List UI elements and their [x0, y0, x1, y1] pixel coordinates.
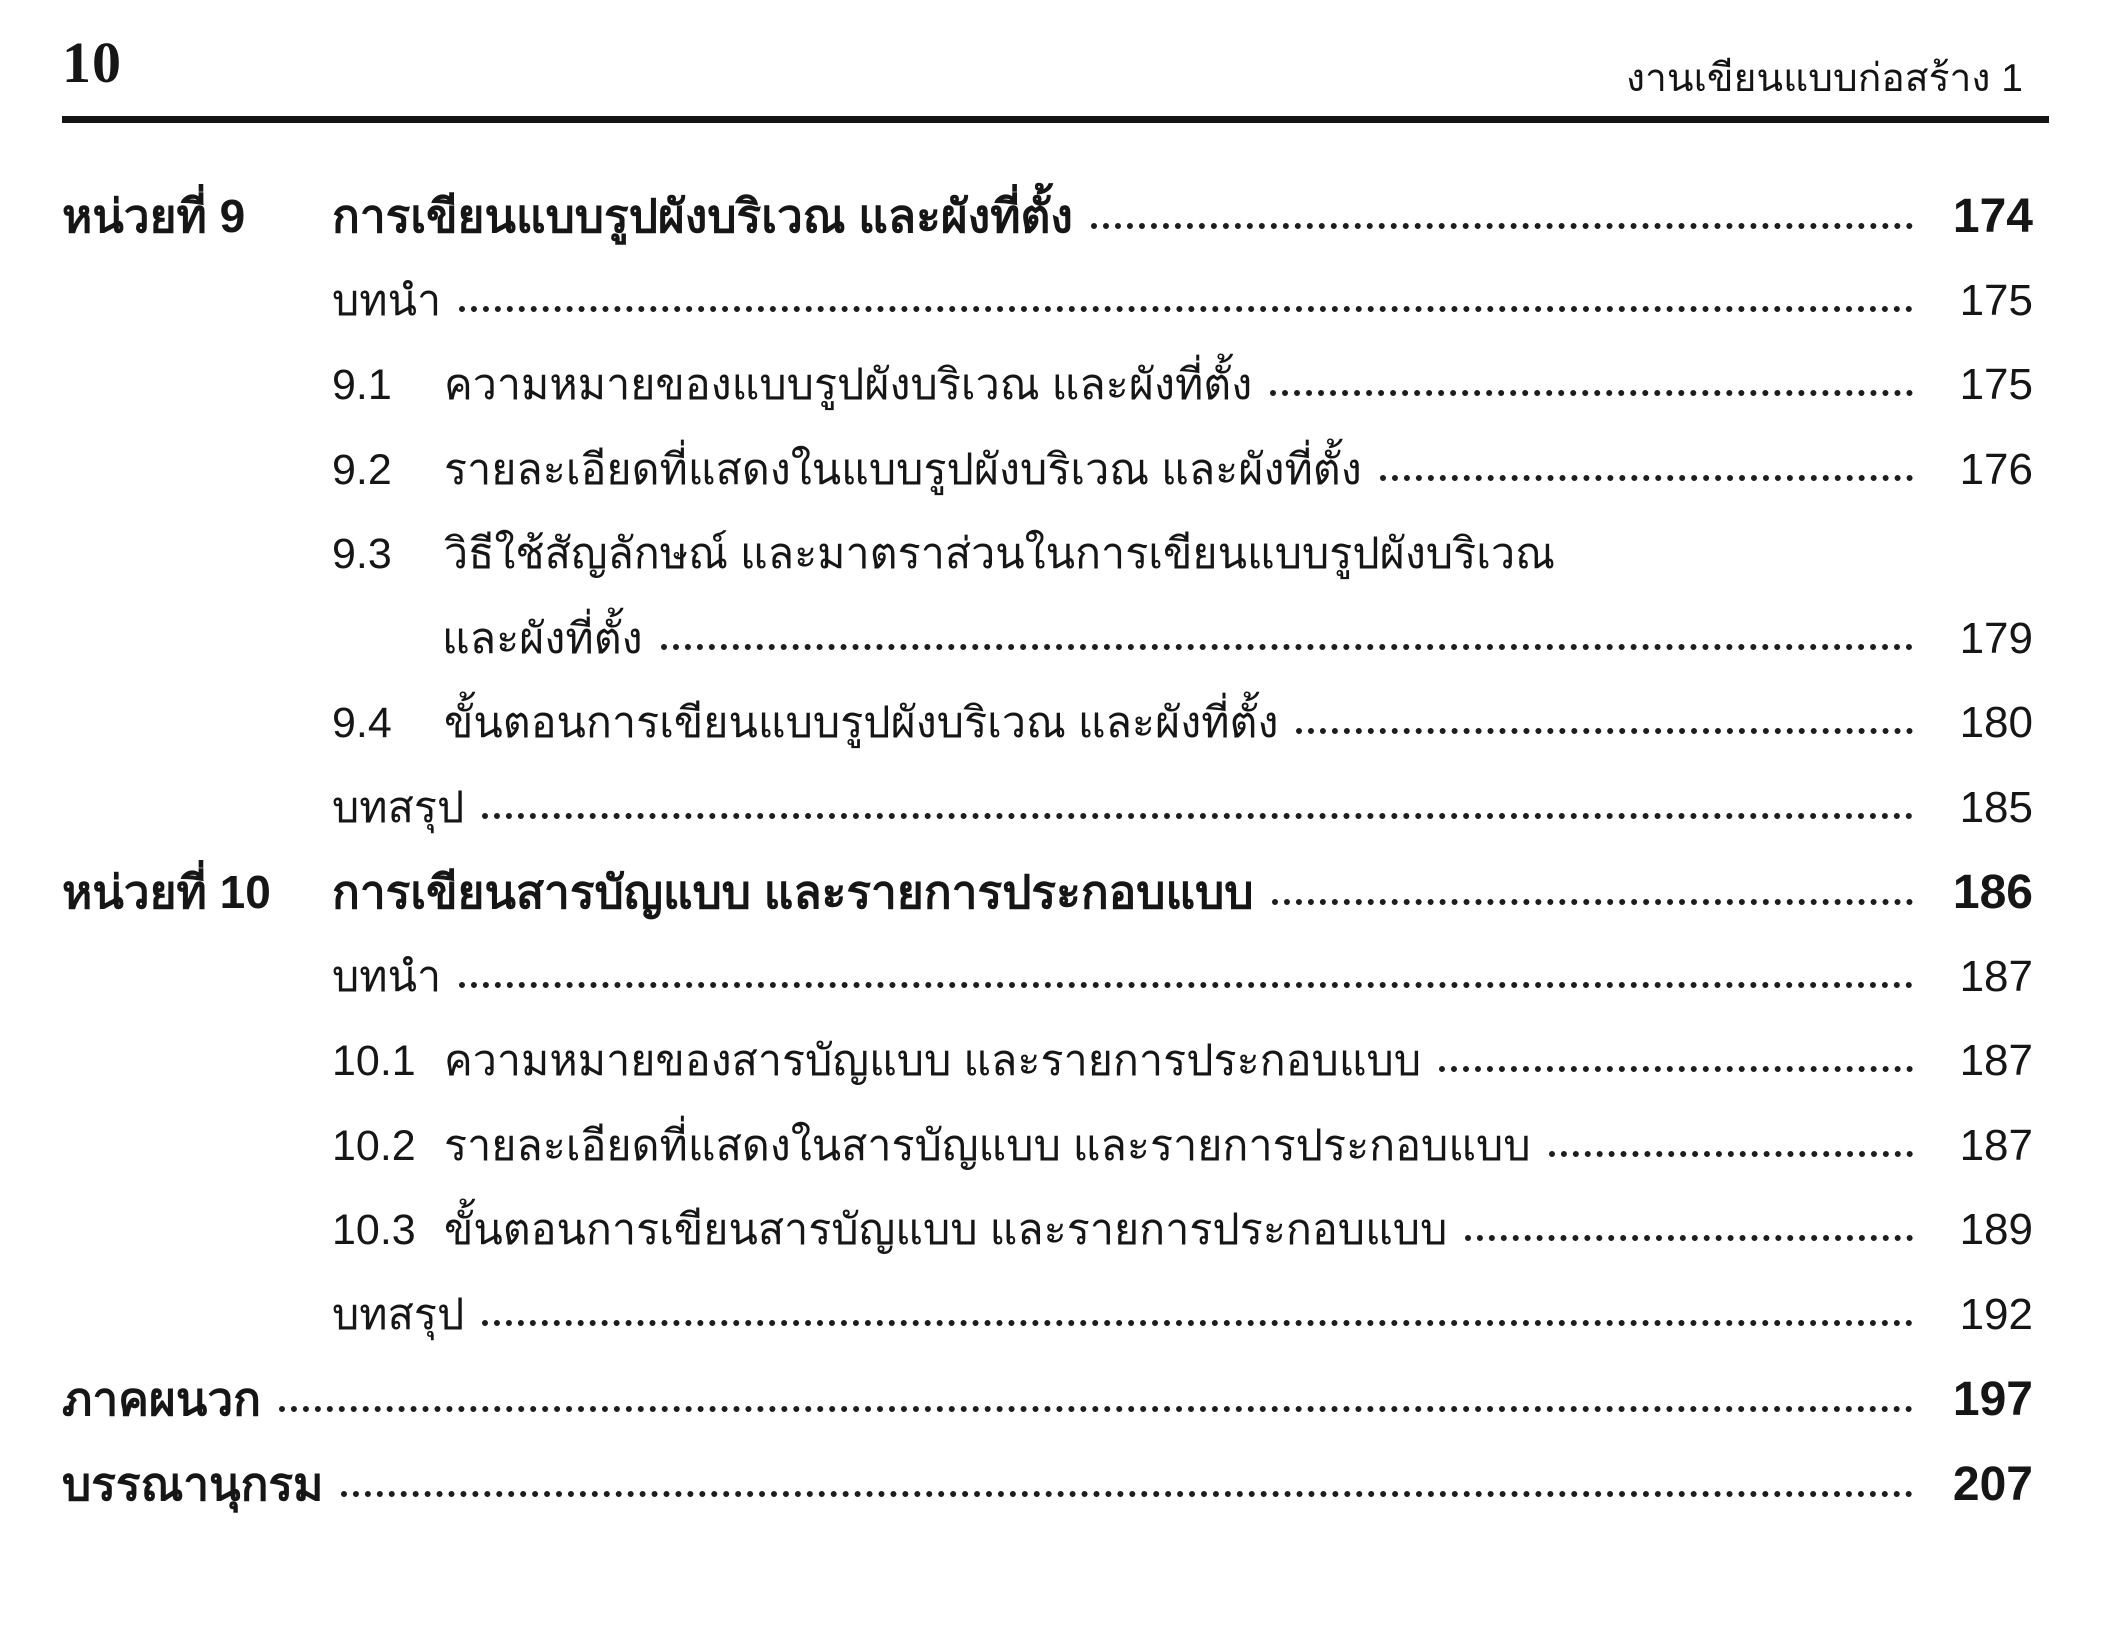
header-rule: [62, 116, 2049, 123]
toc-entry-intro-10: บทนำ 187: [62, 935, 2033, 1020]
dot-leader: [1439, 1066, 1913, 1072]
dot-leader: [1296, 728, 1913, 734]
toc-entry-title: บทสรุป: [332, 766, 464, 851]
toc-entry-page: 179: [1933, 597, 2033, 682]
toc-entry-9-3-line1: 9.3 วิธีใช้สัญลักษณ์ และมาตราส่วนในการเข…: [62, 512, 2033, 597]
toc-entry-number: 10.2: [332, 1104, 444, 1189]
dot-leader: [482, 1320, 1913, 1326]
toc-entry-unit-9: หน่วยที่ 9 การเขียนแบบรูปผังบริเวณ และผั…: [62, 174, 2033, 259]
toc-entry-intro-9: บทนำ 175: [62, 259, 2033, 344]
toc-entry-10-1: 10.1 ความหมายของสารบัญแบบ และรายการประกอ…: [62, 1019, 2033, 1104]
toc-unit-label: หน่วยที่ 9: [62, 174, 332, 259]
toc-entry-page: 187: [1933, 935, 2033, 1020]
toc-entry-title: รายละเอียดที่แสดงในแบบรูปผังบริเวณ และผั…: [444, 428, 1362, 513]
dot-leader: [1380, 475, 1913, 481]
toc-entry-title: การเขียนแบบรูปผังบริเวณ และผังที่ตั้ง: [332, 174, 1073, 259]
dot-leader: [1270, 390, 1913, 396]
dot-leader: [1549, 1151, 1913, 1157]
toc-entry-page: 197: [1933, 1358, 2033, 1443]
toc-entry-number: 10.1: [332, 1019, 444, 1104]
toc-entry-page: 175: [1933, 259, 2033, 344]
toc-entry-title: บทนำ: [332, 259, 441, 344]
toc-entry-unit-10: หน่วยที่ 10 การเขียนสารบัญแบบ และรายการป…: [62, 850, 2033, 935]
toc-entry-page: 207: [1933, 1443, 2033, 1528]
toc-entry-page: 187: [1933, 1019, 2033, 1104]
toc-entry-page: 180: [1933, 681, 2033, 766]
toc-entry-page: 187: [1933, 1104, 2033, 1189]
toc-entry-page: 192: [1933, 1273, 2033, 1358]
toc-entry-title: ขั้นตอนการเขียนสารบัญแบบ และรายการประกอบ…: [444, 1188, 1447, 1273]
toc-entry-title: ขั้นตอนการเขียนแบบรูปผังบริเวณ และผังที่…: [444, 681, 1278, 766]
toc-entry-9-4: 9.4 ขั้นตอนการเขียนแบบรูปผังบริเวณ และผั…: [62, 681, 2033, 766]
toc-entry-number: 9.4: [332, 681, 444, 766]
toc-entry-number: 9.3: [332, 512, 444, 597]
toc-entry-number: 9.1: [332, 343, 444, 428]
toc-entry-title: ภาคผนวก: [62, 1357, 261, 1442]
toc-entry-appendix: ภาคผนวก 197: [62, 1357, 2033, 1442]
toc-entry-title: ความหมายของแบบรูปผังบริเวณ และผังที่ตั้ง: [444, 343, 1252, 428]
dot-leader: [459, 306, 1913, 312]
toc-entry-page: 189: [1933, 1188, 2033, 1273]
toc-entry-number: 9.2: [332, 428, 444, 513]
dot-leader: [279, 1406, 1913, 1412]
toc-entry-title: บรรณานุกรม: [62, 1442, 323, 1527]
dot-leader: [1272, 899, 1913, 905]
table-of-contents: หน่วยที่ 9 การเขียนแบบรูปผังบริเวณ และผั…: [62, 174, 2033, 1526]
toc-entry-summary-9: บทสรุป 185: [62, 766, 2033, 851]
toc-entry-10-3: 10.3 ขั้นตอนการเขียนสารบัญแบบ และรายการป…: [62, 1188, 2033, 1273]
toc-entry-number: 10.3: [332, 1188, 444, 1273]
toc-entry-page: 185: [1933, 766, 2033, 851]
toc-entry-9-3-line2: และผังที่ตั้ง 179: [62, 597, 2033, 682]
toc-entry-9-1: 9.1 ความหมายของแบบรูปผังบริเวณ และผังที่…: [62, 343, 2033, 428]
toc-entry-title: ความหมายของสารบัญแบบ และรายการประกอบแบบ: [444, 1019, 1421, 1104]
toc-entry-page: 186: [1933, 851, 2033, 936]
running-header: งานเขียนแบบก่อสร้าง 1: [1626, 56, 2023, 103]
dot-leader: [1465, 1235, 1913, 1241]
dot-leader: [341, 1491, 1913, 1497]
toc-entry-page: 174: [1933, 175, 2033, 260]
toc-entry-10-2: 10.2 รายละเอียดที่แสดงในสารบัญแบบ และราย…: [62, 1104, 2033, 1189]
toc-entry-title: บทสรุป: [332, 1273, 464, 1358]
dot-leader: [1091, 223, 1913, 229]
toc-unit-label: หน่วยที่ 10: [62, 850, 332, 935]
toc-entry-title: บทนำ: [332, 935, 441, 1020]
toc-entry-title: การเขียนสารบัญแบบ และรายการประกอบแบบ: [332, 850, 1254, 935]
dot-leader: [482, 813, 1913, 819]
toc-entry-title: วิธีใช้สัญลักษณ์ และมาตราส่วนในการเขียนแ…: [444, 512, 1555, 597]
toc-entry-summary-10: บทสรุป 192: [62, 1273, 2033, 1358]
dot-leader: [459, 982, 1913, 988]
toc-entry-bibliography: บรรณานุกรม 207: [62, 1442, 2033, 1527]
dot-leader: [661, 644, 1913, 650]
toc-entry-page: 176: [1933, 428, 2033, 513]
page-number-folio: 10: [62, 34, 122, 92]
toc-entry-9-2: 9.2 รายละเอียดที่แสดงในแบบรูปผังบริเวณ แ…: [62, 428, 2033, 513]
toc-entry-page: 175: [1933, 343, 2033, 428]
toc-entry-title: รายละเอียดที่แสดงในสารบัญแบบ และรายการปร…: [444, 1104, 1531, 1189]
toc-entry-title-continuation: และผังที่ตั้ง: [442, 597, 643, 682]
